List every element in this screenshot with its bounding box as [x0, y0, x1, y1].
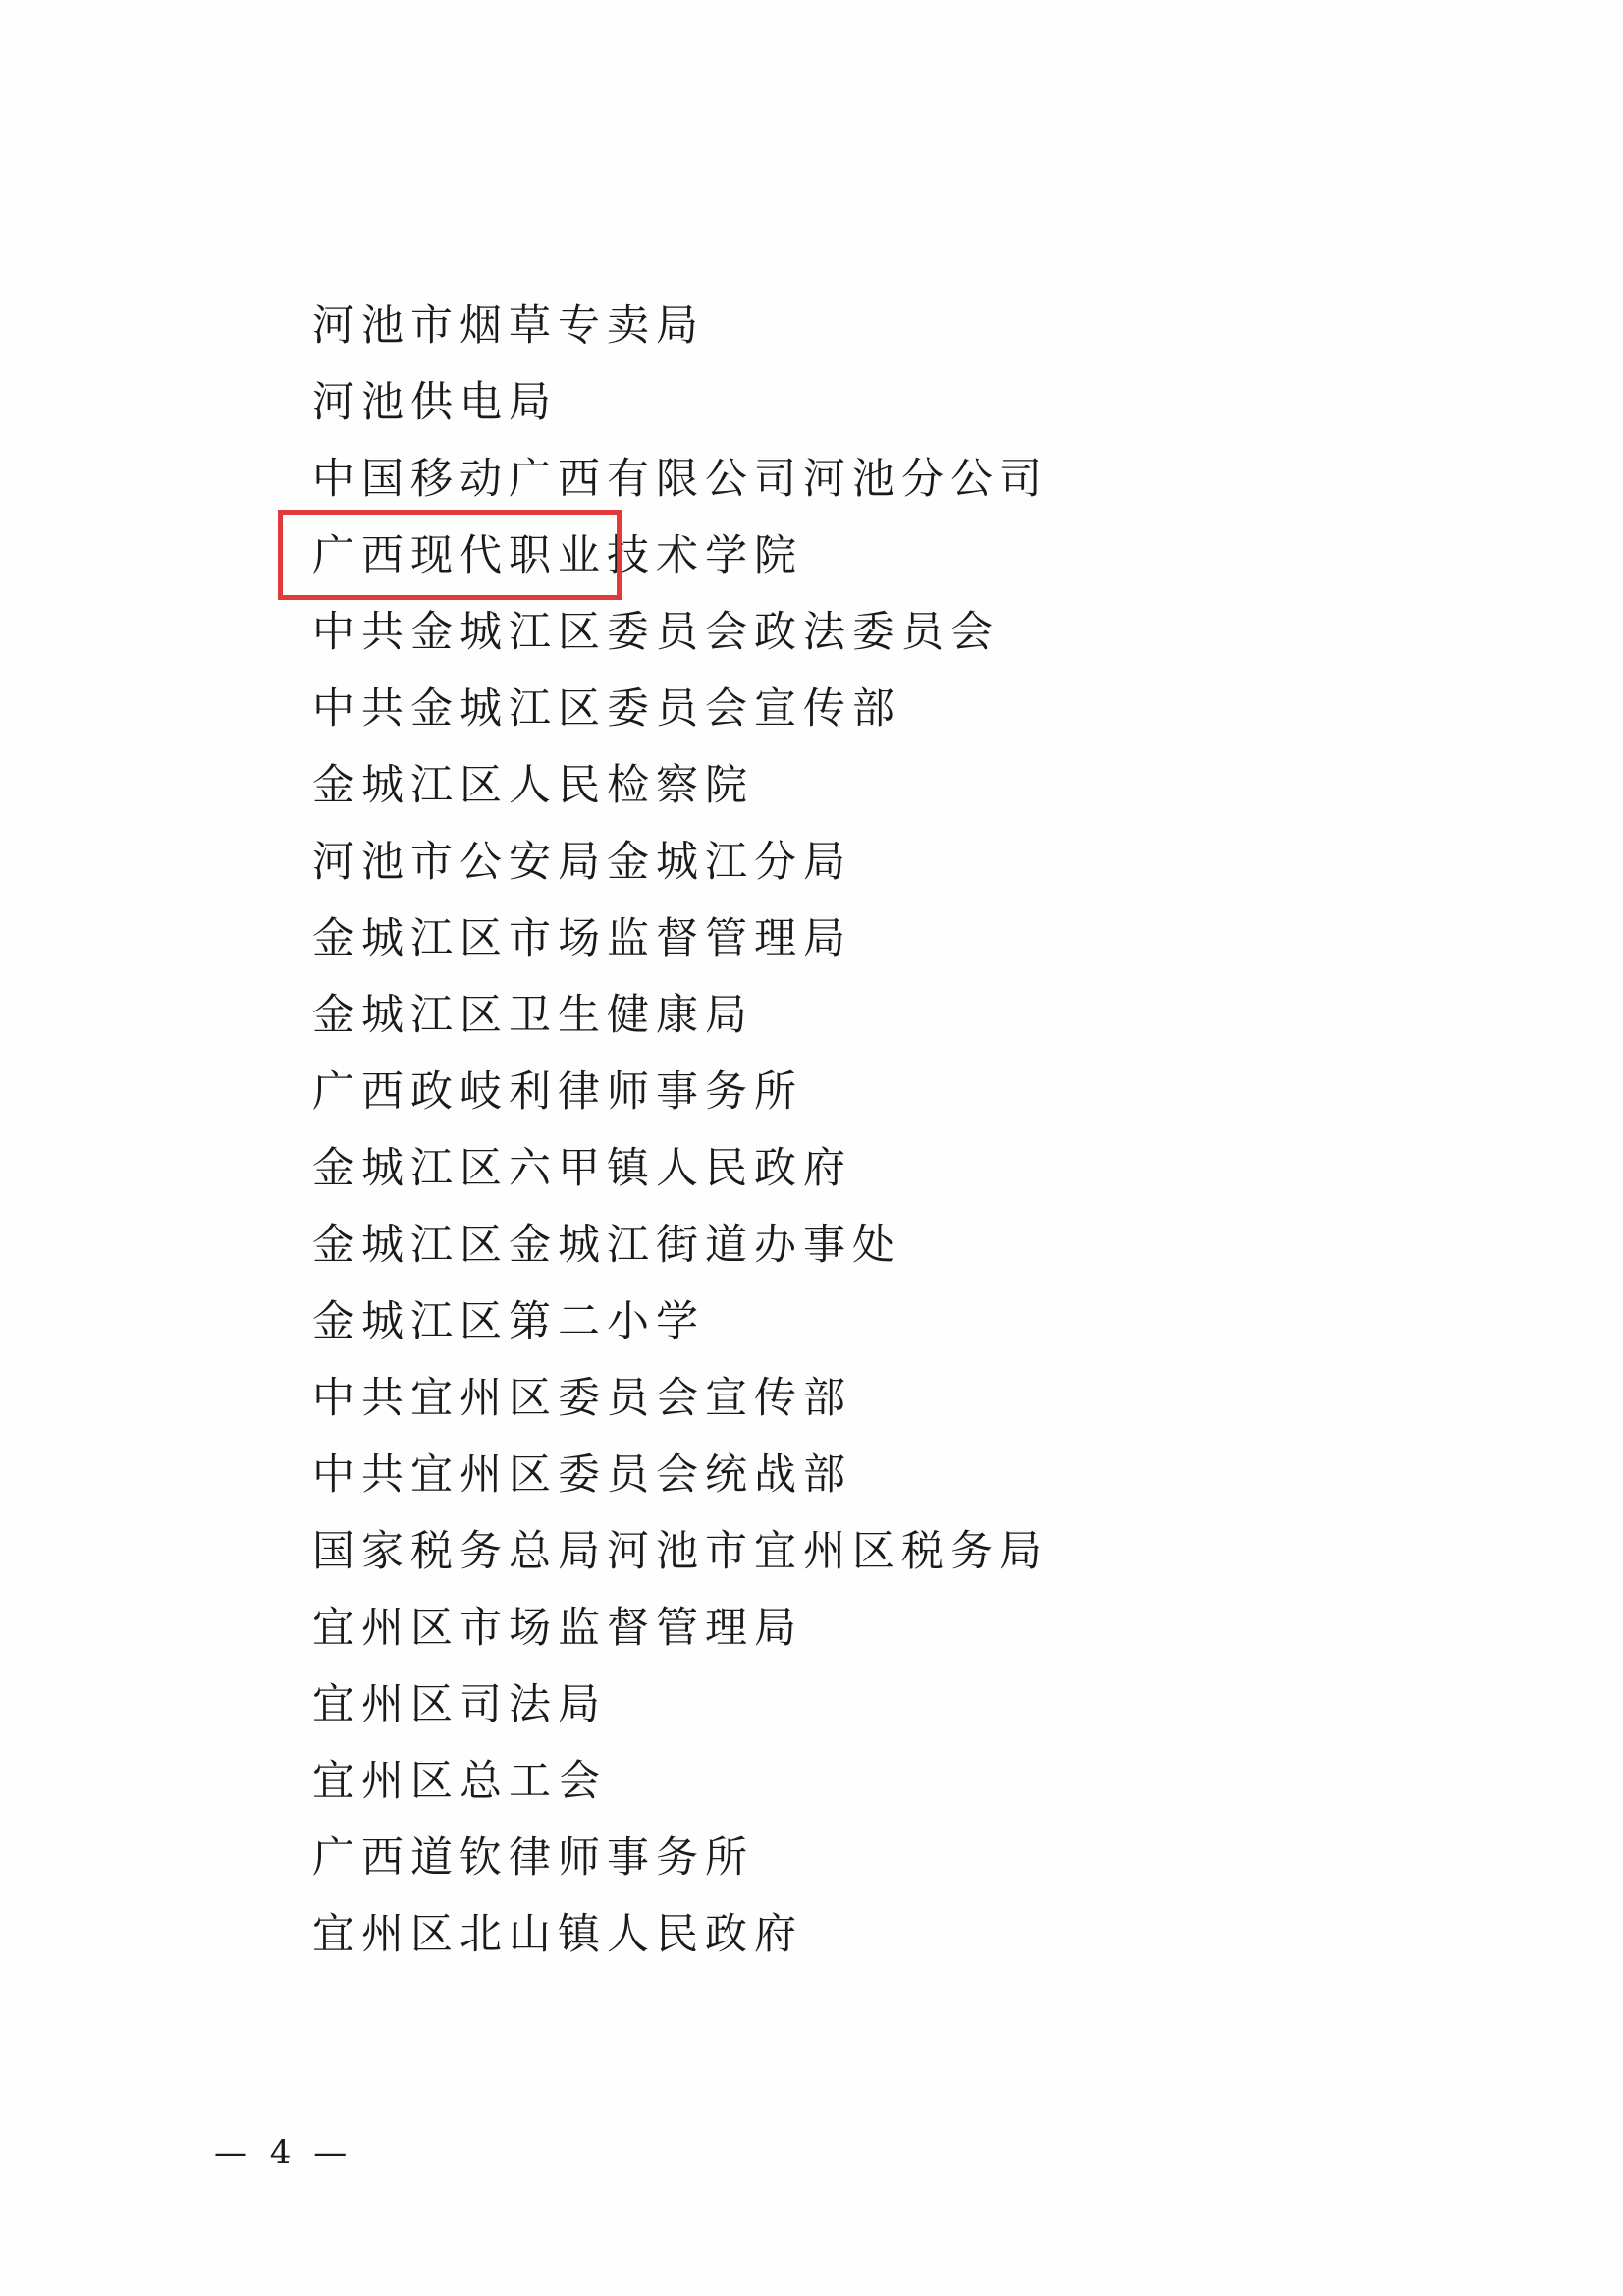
- list-item: 宜州区司法局: [312, 1673, 1049, 1750]
- list-item: 宜州区总工会: [312, 1750, 1049, 1827]
- list-item: 金城江区卫生健康局: [312, 984, 1049, 1061]
- list-item: 中共金城江区委员会政法委员会: [312, 601, 1049, 678]
- list-item: 金城江区人民检察院: [312, 754, 1049, 831]
- highlight-box: [278, 510, 622, 600]
- list-item: 河池市烟草专卖局: [312, 295, 1049, 371]
- list-item: 广西政岐利律师事务所: [312, 1061, 1049, 1137]
- list-item: 宜州区市场监督管理局: [312, 1597, 1049, 1673]
- list-item: 河池供电局: [312, 371, 1049, 448]
- list-item: 金城江区市场监督管理局: [312, 907, 1049, 984]
- list-item: 河池市公安局金城江分局: [312, 831, 1049, 907]
- list-item: 宜州区北山镇人民政府: [312, 1903, 1049, 1980]
- list-item: 中共宜州区委员会统战部: [312, 1444, 1049, 1520]
- document-page: 河池市烟草专卖局 河池供电局 中国移动广西有限公司河池分公司 广西现代职业技术学…: [0, 0, 1623, 2296]
- list-item: 中共金城江区委员会宣传部: [312, 678, 1049, 754]
- list-item: 广西道钦律师事务所: [312, 1827, 1049, 1903]
- list-item: 金城江区六甲镇人民政府: [312, 1137, 1049, 1214]
- list-item: 中共宜州区委员会宣传部: [312, 1367, 1049, 1444]
- page-number: — 4 —: [214, 2133, 352, 2172]
- list-item: 金城江区第二小学: [312, 1290, 1049, 1367]
- list-item: 国家税务总局河池市宜州区税务局: [312, 1520, 1049, 1597]
- list-item: 金城江区金城江街道办事处: [312, 1214, 1049, 1290]
